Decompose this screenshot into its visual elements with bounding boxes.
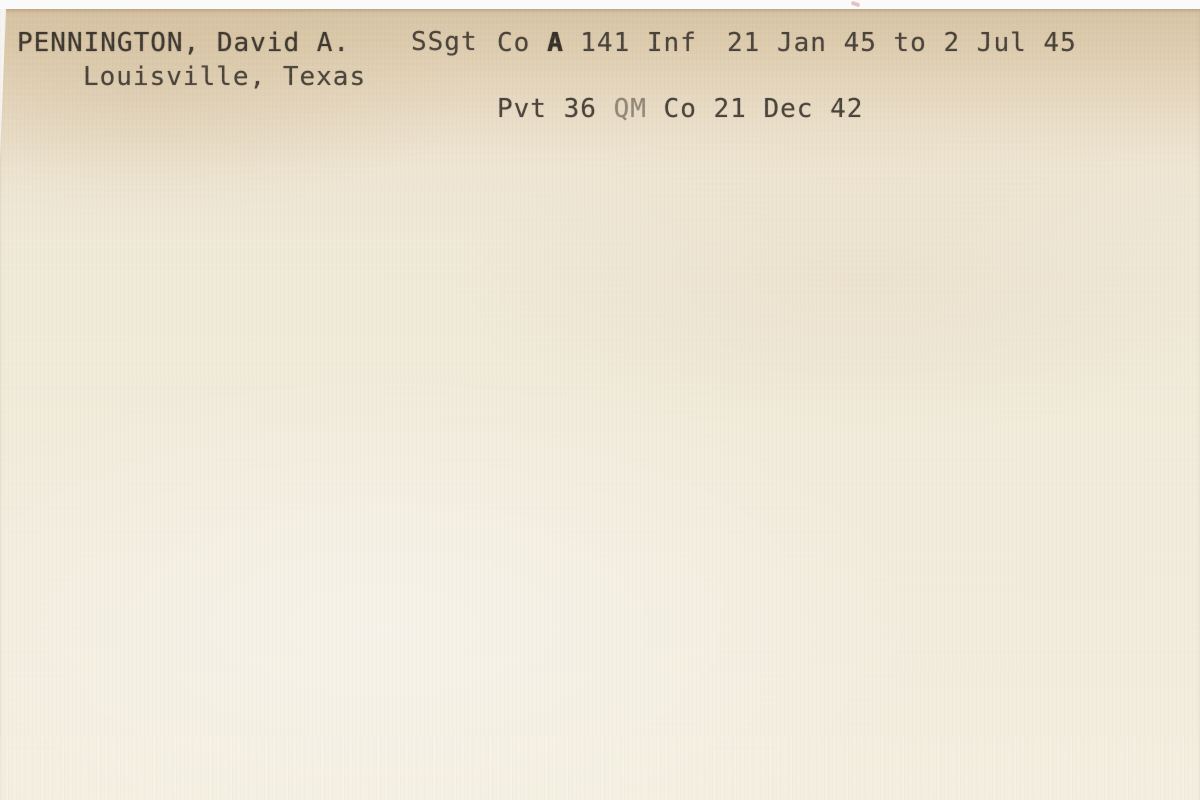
rank: SSgt [411, 29, 478, 55]
service-dates: 21 Jan 45 to 2 Jul 45 [727, 30, 1077, 56]
residence: Louisville, Texas [83, 64, 366, 90]
card-edge-wedge [0, 9, 6, 159]
unit: Co A 141 Inf [497, 30, 697, 56]
prior-service-rank-unit: Pvt 36 [497, 94, 614, 124]
scanner-streaks [0, 736, 1200, 800]
prior-service: Pvt 36 QM Co 21 Dec 42 [497, 96, 863, 122]
unit-regiment: 141 Inf [564, 28, 697, 58]
unit-prefix: Co [497, 28, 547, 58]
prior-service-qm-faded: QM [614, 94, 647, 124]
index-card: PENNINGTON, David A. SSgt Co A 141 Inf 2… [0, 9, 1200, 800]
paper-texture [0, 9, 1200, 800]
prior-service-date: Co 21 Dec 42 [647, 94, 864, 124]
soldier-name: PENNINGTON, David A. [17, 30, 350, 56]
unit-company-letter-overstruck: A [547, 28, 564, 58]
